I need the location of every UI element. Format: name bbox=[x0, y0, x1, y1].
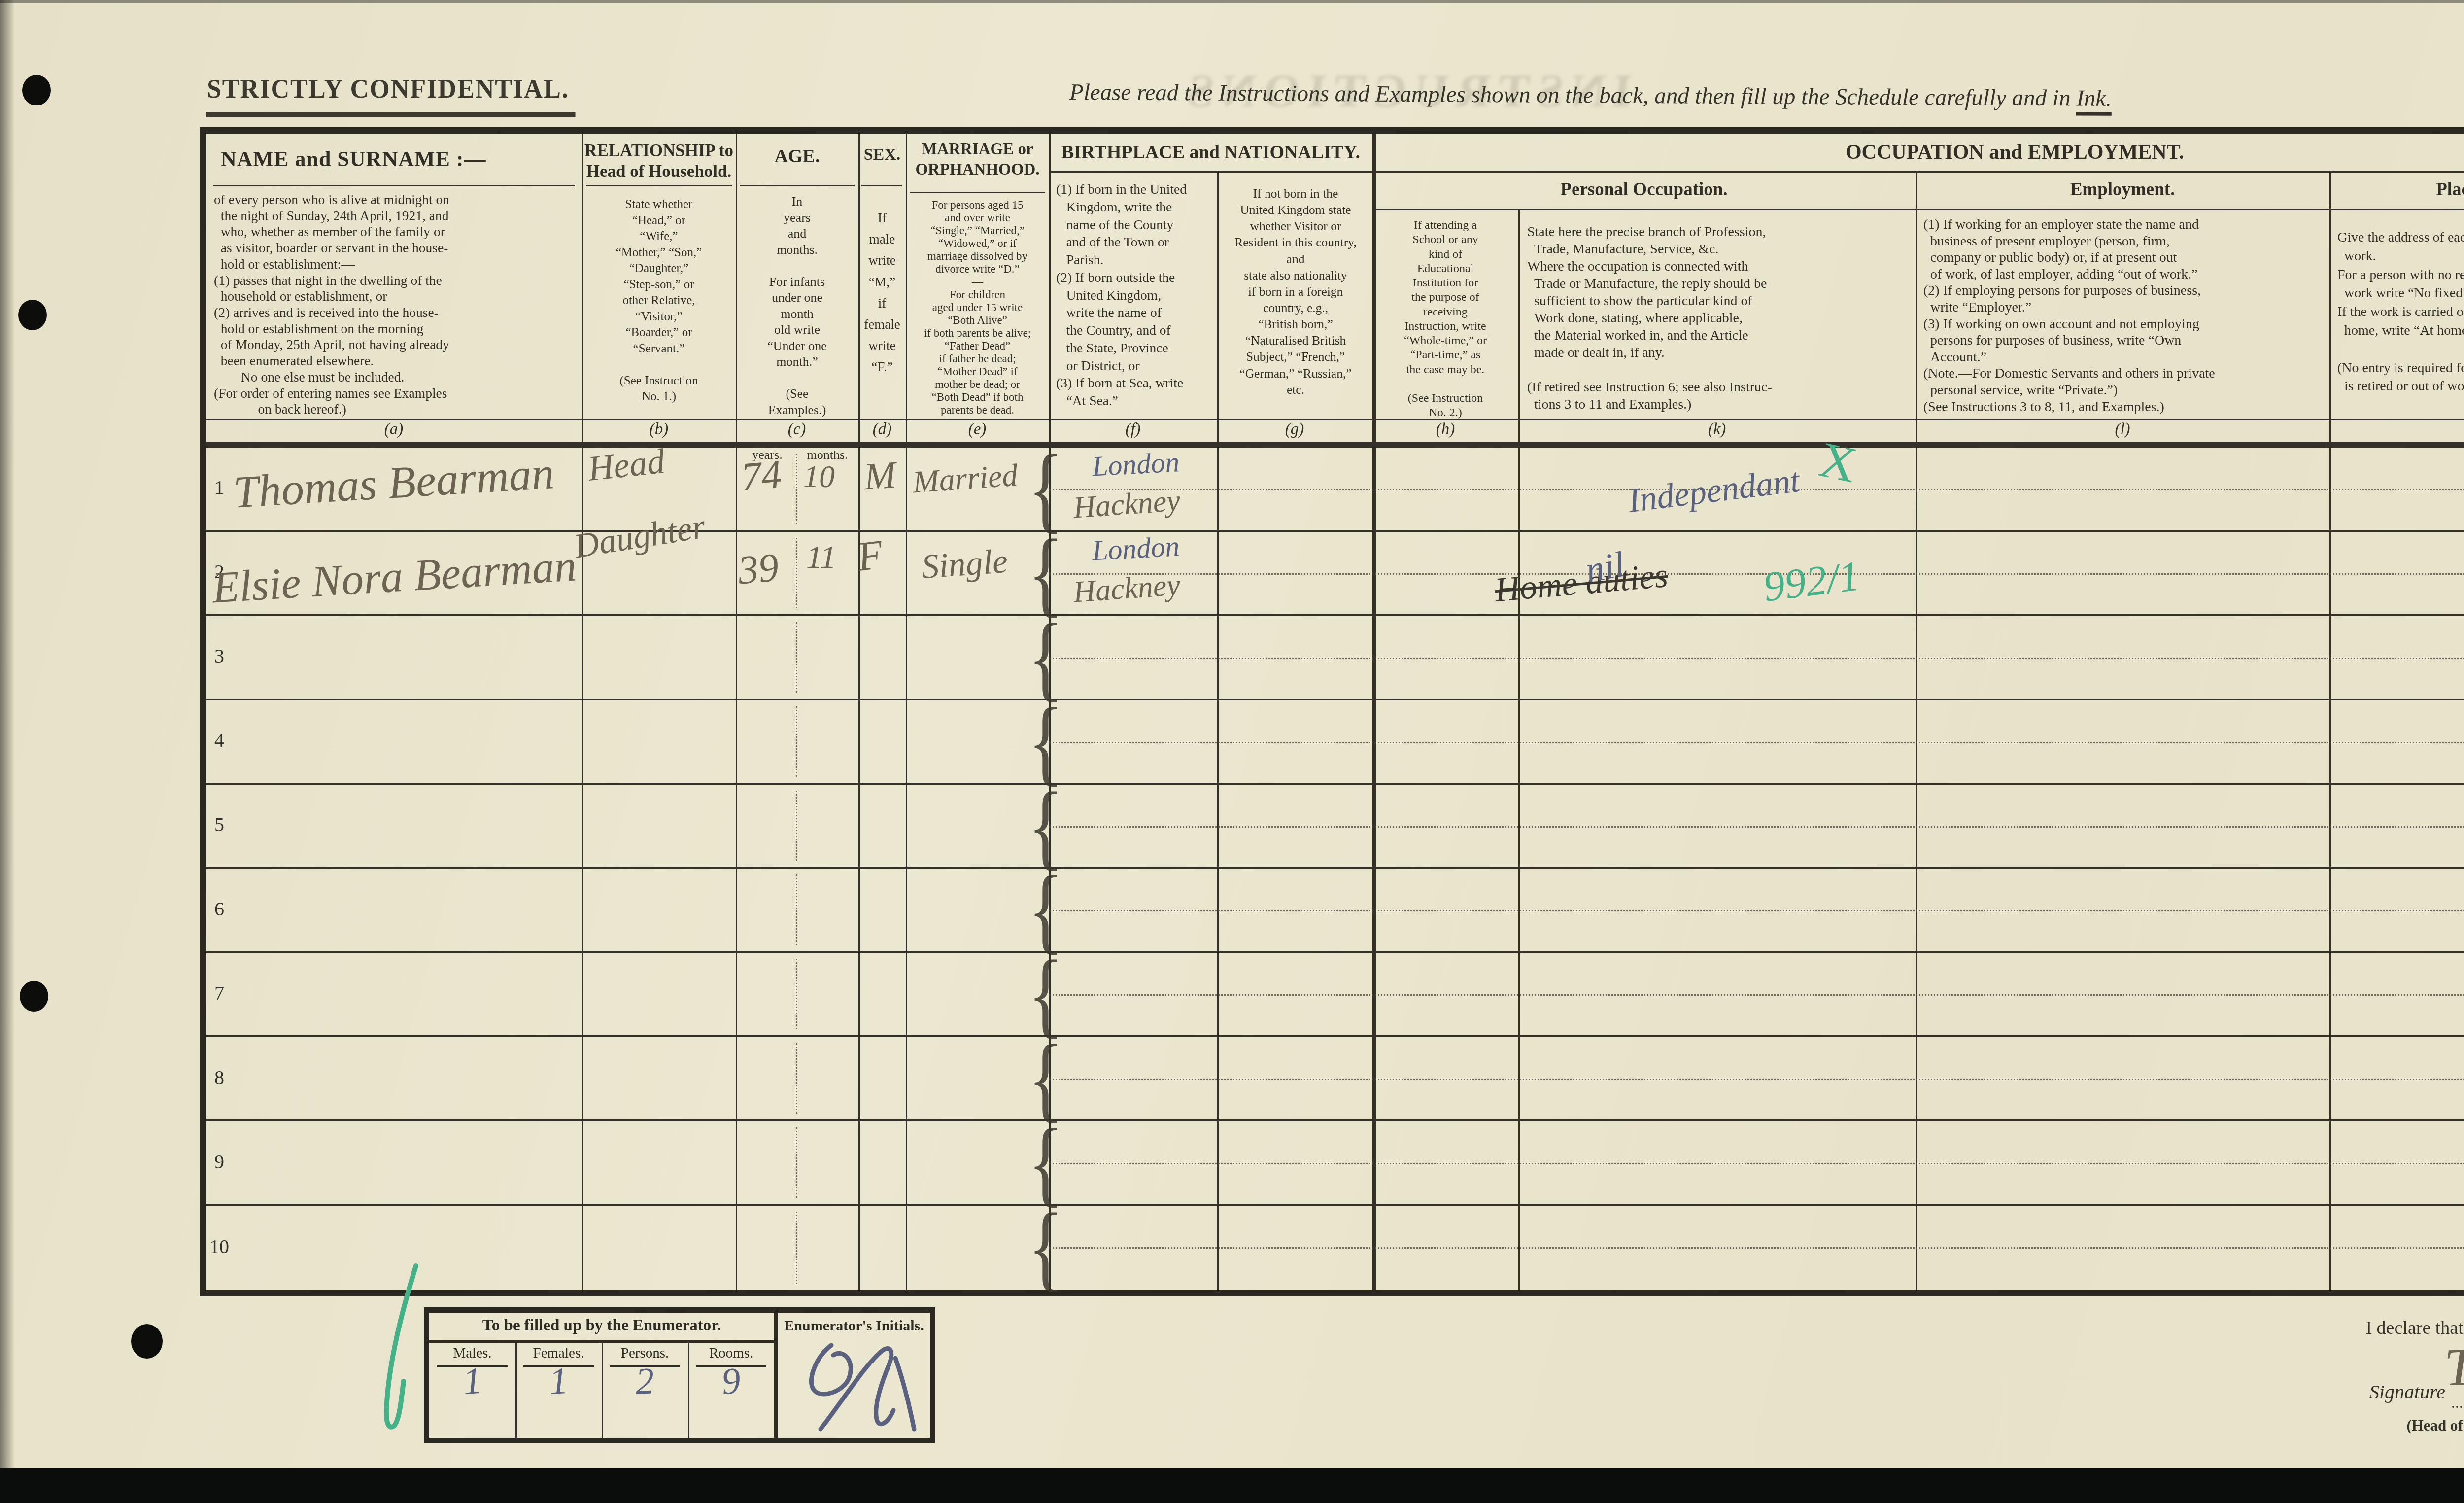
age-column-dotted-divider bbox=[796, 874, 797, 945]
subheader-personal-occupation: Personal Occupation. bbox=[1372, 179, 1916, 200]
entry-name: Elsie Nora Bearman bbox=[211, 540, 578, 613]
col-age-description: In years and months. For infants under o… bbox=[736, 194, 858, 418]
row-number: 9 bbox=[208, 1150, 231, 1173]
row-number: 3 bbox=[208, 644, 231, 667]
scan-edge bbox=[0, 0, 2464, 3]
birthplace-brace: { bbox=[1028, 1193, 1063, 1301]
column-letter-l: (l) bbox=[2100, 420, 2145, 439]
entry-occupation: Independant bbox=[1626, 461, 1802, 521]
enumerator-initials-signature bbox=[789, 1330, 922, 1439]
age-column-dotted-divider bbox=[796, 1043, 797, 1114]
table-header: NAME and SURNAME :— of every person who … bbox=[206, 134, 2464, 1290]
schedule-row: 7 { years.months. Under Age last birthda… bbox=[206, 953, 2464, 1037]
entry-birthplace-county: London bbox=[1091, 445, 1180, 483]
col-place-of-work-description: Give the address of each person’s place … bbox=[2337, 228, 2464, 396]
age-column-dotted-divider bbox=[796, 622, 797, 693]
row-number: 10 bbox=[208, 1235, 231, 1258]
signature-label: Signature bbox=[2369, 1380, 2445, 1403]
col-sex-description: If male write “M,” if female write “F.” bbox=[858, 208, 906, 378]
row-number: 8 bbox=[208, 1066, 231, 1089]
females-value: 1 bbox=[514, 1357, 603, 1406]
schedule-rows: 1 { years.months. Thomas Bearman Head 74… bbox=[206, 448, 2464, 1290]
column-letter-h: (h) bbox=[1423, 420, 1468, 439]
column-letter-g: (g) bbox=[1272, 420, 1317, 439]
green-check-mark-icon bbox=[374, 1262, 428, 1442]
enumerator-box-title: To be filled up by the Enumerator. bbox=[429, 1317, 774, 1335]
scan-edge bbox=[0, 1468, 2464, 1503]
column-letter-b: (b) bbox=[637, 420, 681, 439]
row-number: 4 bbox=[208, 729, 231, 752]
schedule-row: 3 { years.months. Under Age last birthda… bbox=[206, 616, 2464, 700]
entry-marriage: Single bbox=[920, 542, 1009, 587]
entry-age-years: 39 bbox=[736, 544, 781, 594]
column-letter-a: (a) bbox=[372, 420, 416, 439]
entry-green-cross: X bbox=[1814, 431, 1862, 495]
row-number: 5 bbox=[208, 813, 231, 836]
col-birthplace-description: (1) If born in the United Kingdom, write… bbox=[1056, 180, 1214, 410]
col-relationship-description: State whether “Head,” or “Wife,” “Mother… bbox=[582, 197, 736, 405]
scan-edge bbox=[0, 0, 15, 1503]
age-column-dotted-divider bbox=[796, 706, 797, 777]
age-column-dotted-divider bbox=[796, 791, 797, 861]
row-dotted-midline bbox=[1049, 1163, 2464, 1164]
punch-hole-icon bbox=[18, 300, 47, 330]
row-dotted-midline bbox=[1049, 1247, 2464, 1249]
group-birthplace-title: BIRTHPLACE and NATIONALITY. bbox=[1049, 141, 1372, 163]
punch-hole-icon bbox=[22, 75, 51, 105]
col-employment-description: (1) If working for an employer state the… bbox=[1923, 216, 2323, 415]
row-dotted-midline bbox=[1049, 573, 2464, 575]
row-number: 7 bbox=[208, 981, 231, 1005]
age-column-dotted-divider bbox=[796, 454, 797, 524]
column-letter-f: (f) bbox=[1111, 420, 1155, 439]
entry-age-months: 10 bbox=[803, 458, 835, 495]
entry-sex: F bbox=[855, 530, 886, 581]
entry-age-months: 11 bbox=[806, 539, 836, 576]
row-dotted-midline bbox=[1049, 658, 2464, 659]
punch-hole-icon bbox=[20, 981, 48, 1012]
age-column-dotted-divider bbox=[796, 538, 797, 608]
entry-birthplace-county: London bbox=[1091, 529, 1180, 567]
col-name-title: NAME and SURNAME :— bbox=[221, 146, 566, 172]
instruction-text: Please read the Instructions and Example… bbox=[1069, 79, 2077, 111]
schedule-row: 9 { years.months. Under Age last birthda… bbox=[206, 1121, 2464, 1206]
group-occupation-title: OCCUPATION and EMPLOYMENT. bbox=[1372, 140, 2464, 164]
column-letter-c: (c) bbox=[775, 420, 819, 439]
age-column-dotted-divider bbox=[796, 959, 797, 1029]
entry-birthplace-town: Hackney bbox=[1072, 484, 1181, 526]
entry-name: Thomas Bearman bbox=[232, 447, 555, 519]
entry-sex: M bbox=[862, 453, 897, 499]
row-dotted-midline bbox=[1049, 994, 2464, 996]
age-column-dotted-divider bbox=[796, 1127, 797, 1198]
col-relationship-title: RELATIONSHIP to Head of Household. bbox=[582, 140, 736, 182]
schedule-row: 1 { years.months. Thomas Bearman Head 74… bbox=[206, 448, 2464, 532]
schedule-row: 10 { years.months. Under Age last birthd… bbox=[206, 1206, 2464, 1290]
entry-relationship: Head bbox=[586, 441, 667, 489]
row-dotted-midline bbox=[1049, 742, 2464, 743]
rooms-value: 9 bbox=[686, 1357, 776, 1406]
census-schedule-scan: INSTRUCTIONS STRICTLY CONFIDENTIAL. Plea… bbox=[0, 0, 2464, 1503]
schedule-row: 2 { years.months. Elsie Nora Bearman Dau… bbox=[206, 532, 2464, 616]
schedule-row: 8 { years.months. Under Age last birthda… bbox=[206, 1037, 2464, 1121]
entry-marriage: Married bbox=[912, 457, 1019, 501]
persons-value: 2 bbox=[601, 1358, 689, 1405]
enumerator-totals-box: To be filled up by the Enumerator. Males… bbox=[424, 1307, 935, 1443]
subheader-employment: Employment. bbox=[1916, 179, 2329, 200]
schedule-row: 5 { years.months. Under Age last birthda… bbox=[206, 785, 2464, 869]
col-marriage-description: For persons aged 15 and over write “Sing… bbox=[906, 199, 1049, 417]
col-age-title: AGE. bbox=[736, 145, 858, 167]
col-school-description: If attending a School or any kind of Edu… bbox=[1377, 218, 1513, 420]
schedule-table: NAME and SURNAME :— of every person who … bbox=[200, 127, 2464, 1296]
column-letter-e: (e) bbox=[955, 420, 999, 439]
col-sex-title: SEX. bbox=[858, 145, 906, 164]
col-nationality-description: If not born in the United Kingdom state … bbox=[1222, 185, 1369, 398]
col-name-description: of every person who is alive at midnight… bbox=[214, 192, 576, 418]
schedule-row: 6 { years.months. Under Age last birthda… bbox=[206, 869, 2464, 953]
col-personal-occupation-description: State here the precise branch of Profess… bbox=[1527, 223, 1908, 413]
entry-occupation: Home duties bbox=[1493, 556, 1670, 610]
confidential-heading: STRICTLY CONFIDENTIAL. bbox=[206, 73, 576, 117]
declaration-text: I declare that this Schedule is correctl… bbox=[2178, 1317, 2464, 1339]
row-dotted-midline bbox=[1049, 910, 2464, 911]
entry-occupation-correction: nil bbox=[1582, 544, 1628, 592]
col-marriage-title: MARRIAGE or ORPHANHOOD. bbox=[906, 140, 1049, 180]
entry-green-code: 992/1 bbox=[1761, 551, 1863, 611]
age-column-dotted-divider bbox=[796, 1212, 797, 1284]
entry-birthplace-town: Hackney bbox=[1072, 567, 1181, 610]
signature-line bbox=[2452, 1406, 2464, 1408]
males-value: 1 bbox=[428, 1357, 517, 1407]
divider bbox=[774, 1313, 778, 1438]
row-number: 6 bbox=[208, 897, 231, 920]
schedule-row: 4 { years.months. Under Age last birthda… bbox=[206, 700, 2464, 785]
declaration-caption: (Head of Household, Manager of Establish… bbox=[2237, 1417, 2464, 1434]
column-letter-d: (d) bbox=[860, 420, 904, 439]
entry-age-years: 74 bbox=[739, 451, 784, 501]
subheader-place-of-work: Place of Work. bbox=[2329, 179, 2464, 200]
column-letter-k: (k) bbox=[1695, 420, 1739, 439]
punch-hole-icon bbox=[131, 1324, 163, 1359]
row-dotted-midline bbox=[1049, 826, 2464, 828]
row-dotted-midline bbox=[1049, 1079, 2464, 1080]
row-number: 1 bbox=[208, 476, 231, 499]
instruction-ink-word: Ink. bbox=[2076, 85, 2112, 115]
